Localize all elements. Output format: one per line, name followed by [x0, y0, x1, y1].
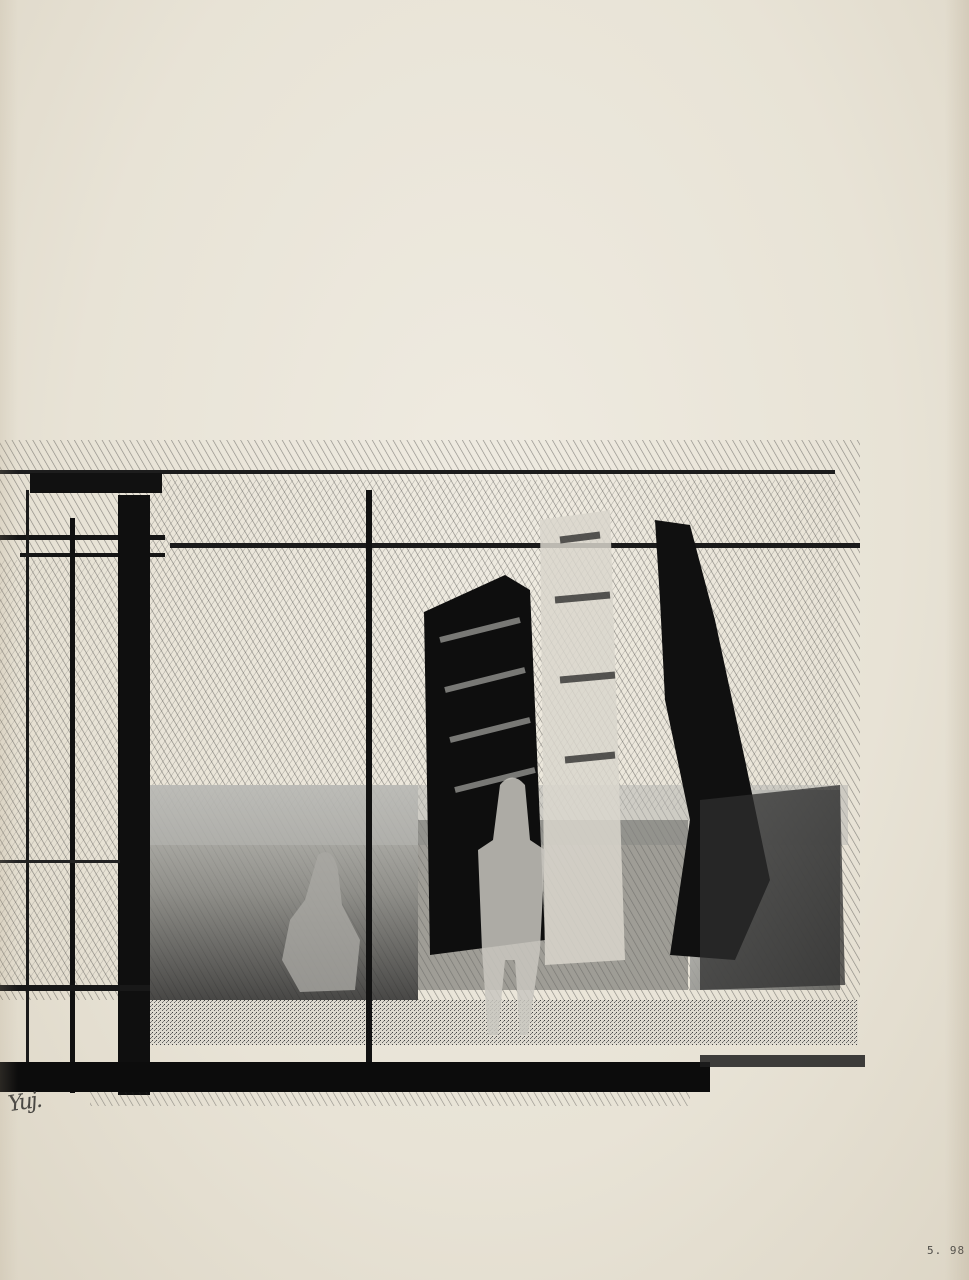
- page-number: 5. 98: [927, 1244, 965, 1257]
- pale-column: [540, 510, 625, 965]
- ground-speckle: [148, 1000, 858, 1045]
- artwork-drawing: [0, 0, 969, 1280]
- artist-signature: Yuj.: [6, 1088, 42, 1117]
- base-bar: [0, 1062, 710, 1092]
- paper-sheet: Yuj. 5. 98: [0, 0, 969, 1280]
